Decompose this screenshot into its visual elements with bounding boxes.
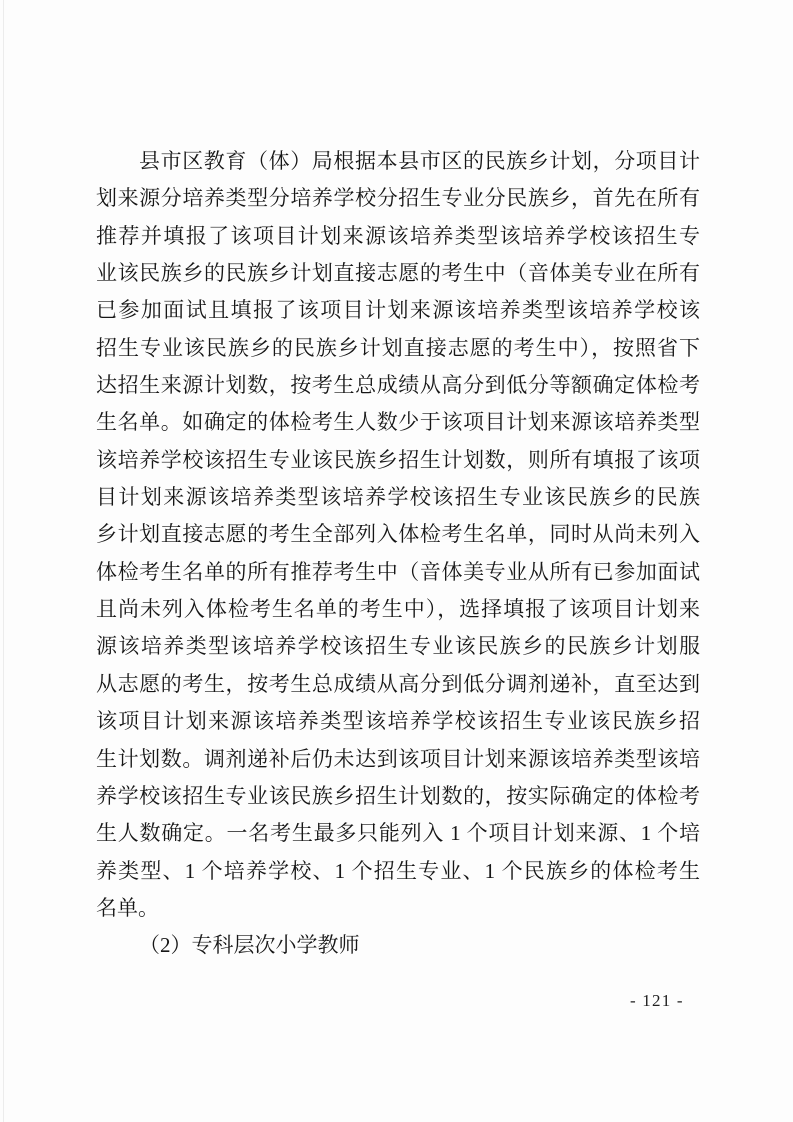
paragraph-line: 生人数确定。一名考生最多只能列入 1 个项目计划来源、1 个培 bbox=[96, 815, 700, 852]
paragraph-line: 源该培养类型该培养学校该招生专业该民族乡的民族乡计划服 bbox=[96, 628, 700, 665]
document-page: 县市区教育（体）局根据本县市区的民族乡计划，分项目计 划来源分培养类型分培养学校… bbox=[0, 0, 793, 1122]
paragraph-line: 业该民族乡的民族乡计划直接志愿的考生中（音体美专业在所有 bbox=[96, 255, 700, 292]
paragraph-line: 体检考生名单的所有推荐考生中（音体美专业从所有已参加面试 bbox=[96, 554, 700, 591]
paragraph-line: 招生专业该民族乡的民族乡计划直接志愿的考生中），按照省下 bbox=[96, 330, 700, 367]
paragraph-line: 该培养学校该招生专业该民族乡招生计划数，则所有填报了该项 bbox=[96, 442, 700, 479]
paragraph-line: 养学校该招生专业该民族乡招生计划数的，按实际确定的体检考 bbox=[96, 778, 700, 815]
scan-edge-artifact bbox=[3, 0, 4, 1122]
paragraph-line: 该项目计划来源该培养类型该培养学校该招生专业该民族乡招 bbox=[96, 703, 700, 740]
paragraph-line: 从志愿的考生，按考生总成绩从高分到低分调剂递补，直至达到 bbox=[96, 666, 700, 703]
paragraph-line: 达招生来源计划数，按考生总成绩从高分到低分等额确定体检考 bbox=[96, 367, 700, 404]
paragraph-line: 推荐并填报了该项目计划来源该培养类型该培养学校该招生专 bbox=[96, 218, 700, 255]
paragraph-line: 县市区教育（体）局根据本县市区的民族乡计划，分项目计 bbox=[96, 143, 700, 180]
paragraph-line: 目计划来源该培养类型该培养学校该招生专业该民族乡的民族 bbox=[96, 479, 700, 516]
paragraph-line: 划来源分培养类型分培养学校分招生专业分民族乡，首先在所有 bbox=[96, 180, 700, 217]
paragraph-line: 已参加面试且填报了该项目计划来源该培养类型该培养学校该 bbox=[96, 292, 700, 329]
subsection-heading: （2）专科层次小学教师 bbox=[96, 927, 700, 964]
page-number: - 121 - bbox=[630, 991, 684, 1011]
paragraph-line: 生计划数。调剂递补后仍未达到该项目计划来源该培养类型该培 bbox=[96, 741, 700, 778]
paragraph-line: 生名单。如确定的体检考生人数少于该项目计划来源该培养类型 bbox=[96, 404, 700, 441]
body-text: 县市区教育（体）局根据本县市区的民族乡计划，分项目计 划来源分培养类型分培养学校… bbox=[96, 143, 700, 965]
paragraph-line: 名单。 bbox=[96, 890, 700, 927]
paragraph-line: 养类型、1 个培养学校、1 个招生专业、1 个民族乡的体检考生 bbox=[96, 853, 700, 890]
paragraph-line: 乡计划直接志愿的考生全部列入体检考生名单，同时从尚未列入 bbox=[96, 516, 700, 553]
paragraph-line: 且尚未列入体检考生名单的考生中），选择填报了该项目计划来 bbox=[96, 591, 700, 628]
